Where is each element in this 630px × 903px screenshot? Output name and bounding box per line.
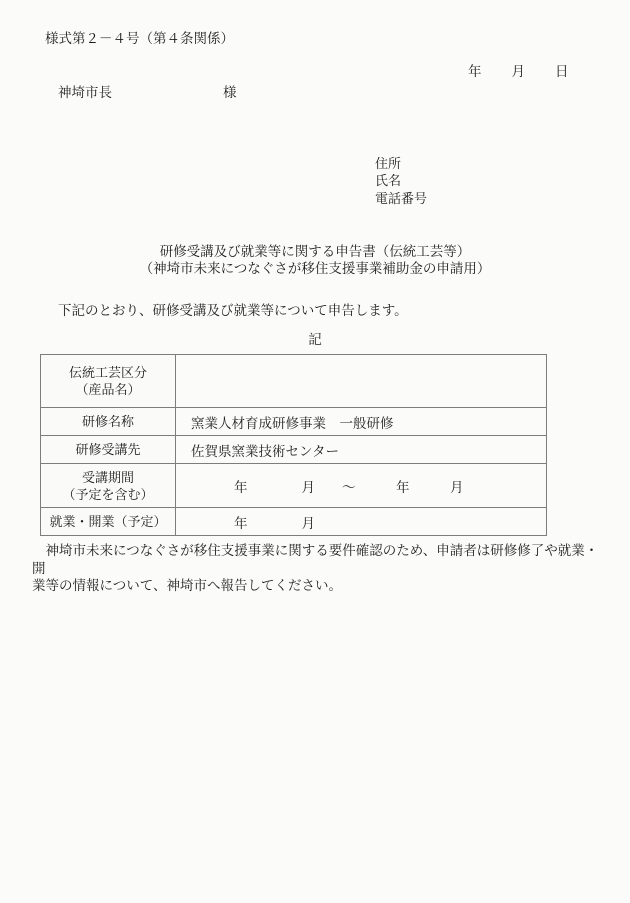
row-value-employment-start: 年 月 [176, 508, 547, 536]
table-row-employment-start: 就業・開業（予定） 年 月 [41, 508, 547, 536]
row-label-training-provider: 研修受講先 [41, 436, 176, 464]
row-value-attendance-period: 年 月 ～ 年 月 [176, 464, 547, 508]
table-row-craft-category: 伝統工芸区分 （産品名） [41, 355, 547, 408]
addressee-honorific: 様 [223, 81, 237, 101]
document-title: 研修受講及び就業等に関する申告書（伝統工芸等） （神埼市未来につなぐさが移住支援… [0, 244, 630, 277]
form-number: 様式第２－４号（第４条関係） [45, 27, 234, 47]
record-marker: 記 [0, 328, 630, 348]
table-row-training-name: 研修名称 窯業人材育成研修事業 一般研修 [41, 408, 547, 436]
date-blank-line: 年 月 日 [468, 60, 570, 80]
row-value-craft-category [176, 355, 547, 408]
table-row-training-provider: 研修受講先 佐賀県窯業技術センター [41, 436, 547, 464]
row-label-employment-start: 就業・開業（予定） [41, 508, 176, 536]
row-label-attendance-period: 受講期間 （予定を含む） [41, 464, 176, 508]
row-value-training-name: 窯業人材育成研修事業 一般研修 [176, 408, 547, 436]
row-value-training-provider: 佐賀県窯業技術センター [176, 436, 547, 464]
contact-labels-block: 住所 氏名 電話番号 [375, 155, 427, 207]
row-label-training-name: 研修名称 [41, 408, 176, 436]
declaration-sentence: 下記のとおり、研修受講及び就業等について申告します。 [58, 299, 408, 319]
document-page: 様式第２－４号（第４条関係） 年 月 日 神埼市長 様 住所 氏名 電話番号 研… [0, 0, 630, 903]
row-label-craft-category: 伝統工芸区分 （産品名） [41, 355, 176, 408]
addressee-name: 神埼市長 [58, 81, 112, 101]
application-table: 伝統工芸区分 （産品名） 研修名称 窯業人材育成研修事業 一般研修 研修受講先 … [40, 354, 547, 536]
table-row-attendance-period: 受講期間 （予定を含む） 年 月 ～ 年 月 [41, 464, 547, 508]
footer-note: 神埼市未来につなぐさが移住支援事業に関する要件確認のため、申請者は研修修了や就業… [32, 542, 607, 595]
